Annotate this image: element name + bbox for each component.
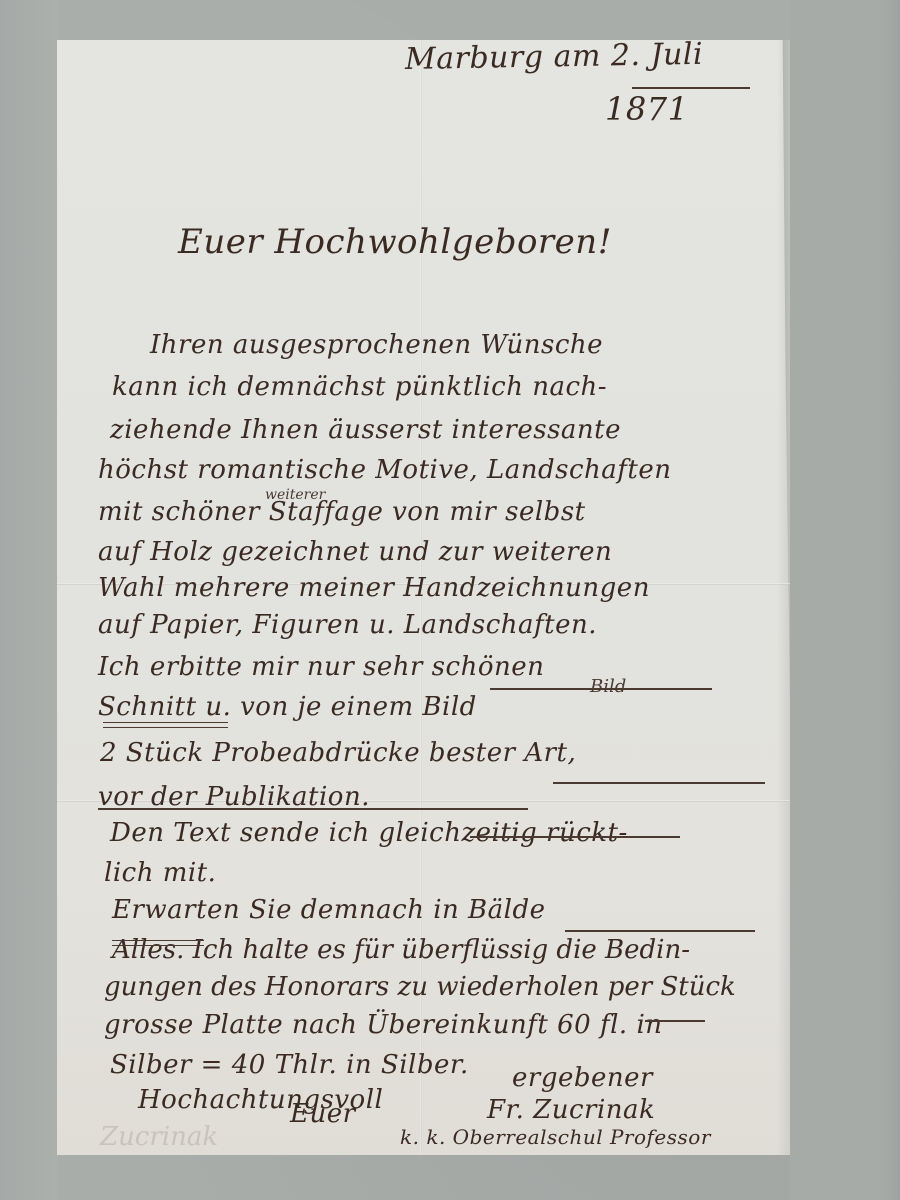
body-line-10: Schnitt u. von je einem Bild <box>98 692 477 722</box>
body-line-3: ziehende Ihnen äusserst interessante <box>110 415 621 445</box>
body-line-8: auf Papier, Figuren u. Landschaften. <box>98 610 597 640</box>
body-line-5: mit schöner Staffage von mir selbst <box>98 497 586 527</box>
body-line-7: Wahl mehrere meiner Handzeichnungen <box>98 573 650 603</box>
date-underline <box>632 87 750 89</box>
body-line-4: höchst romantische Motive, Landschaften <box>98 455 671 485</box>
letter-salutation: Euer Hochwohlgeboren! <box>178 222 612 262</box>
body-line-6: auf Holz gezeichnet und zur weiteren <box>98 537 612 567</box>
body-line-19: Silber = 40 Thlr. in Silber. <box>110 1050 469 1080</box>
body-line-15: Erwarten Sie demnach in Bälde <box>112 895 546 925</box>
body-line-13: Den Text sende ich gleichzeitig rückt- <box>110 818 628 848</box>
underline-gleichzeitig <box>470 836 680 838</box>
body-line-2: kann ich demnächst pünktlich nach- <box>112 372 607 402</box>
body-line-17: gungen des Honorars zu wiederholen per S… <box>104 972 736 1002</box>
pencil-annotation: Zucrinak <box>100 1122 218 1152</box>
body-line-14: lich mit. <box>104 858 216 888</box>
underline-schnitt <box>103 722 228 728</box>
underline-publikation <box>98 808 528 810</box>
signature: Fr. Zucrinak <box>487 1095 655 1125</box>
closing-euer: Euer <box>290 1099 356 1129</box>
mounting-card-left <box>0 0 58 1200</box>
body-line-1: Ihren ausgesprochenen Wünsche <box>150 330 603 360</box>
underline-60fl <box>645 1020 705 1022</box>
mounting-card-edge <box>880 0 900 1200</box>
closing-ergebener: ergebener <box>512 1063 653 1093</box>
signature-title: k. k. Oberrealschul Professor <box>400 1125 711 1149</box>
body-line-2-text: kann ich demnächst pünktlich nach- <box>112 372 607 402</box>
letter-year: 1871 <box>605 90 688 128</box>
interlinear-insertion-2: Bild <box>590 676 626 697</box>
letter-place-date: Marburg am 2. Juli <box>405 37 704 77</box>
body-line-9: Ich erbitte mir nur sehr schönen <box>98 652 544 682</box>
underline-in-baelde <box>565 930 755 932</box>
underline-bester-art <box>553 782 765 784</box>
underline-alles <box>112 940 204 946</box>
body-line-18: grosse Platte nach Übereinkunft 60 fl. i… <box>104 1010 663 1040</box>
place-date-text: Marburg am 2. Juli <box>405 37 704 77</box>
body-line-11: 2 Stück Probeabdrücke bester Art, <box>100 738 576 768</box>
